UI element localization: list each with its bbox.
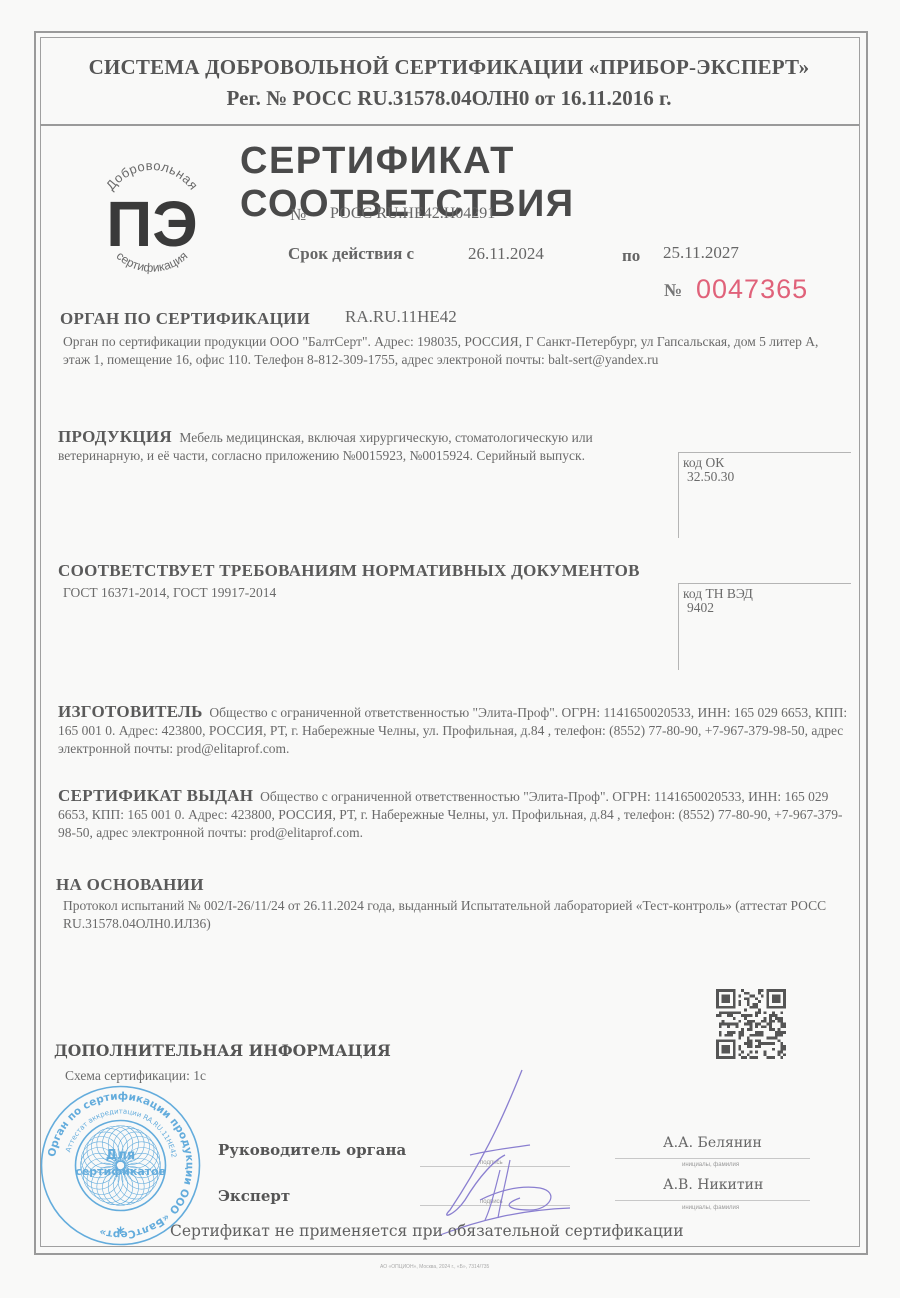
issued-to-section: СЕРТИФИКАТ ВЫДАН Общество с ограниченной…	[58, 787, 848, 842]
code-tnved-value: 9402	[679, 600, 851, 616]
certification-body-text: Орган по сертификации продукции ООО "Бал…	[63, 333, 843, 369]
valid-to-label: по	[622, 246, 640, 266]
manufacturer-section: ИЗГОТОВИТЕЛЬ Общество с ограниченной отв…	[58, 703, 848, 758]
svg-text:сертификатов: сертификатов	[75, 1165, 165, 1178]
svg-text:*: *	[116, 1223, 125, 1242]
head-name: А.А. Белянин	[663, 1135, 762, 1151]
product-section: ПРОДУКЦИЯ Мебель медицинская, включая хи…	[58, 428, 648, 465]
qr-code-icon	[716, 989, 786, 1059]
serial-number: 0047365	[696, 274, 808, 305]
svg-text:ПЭ: ПЭ	[106, 188, 198, 260]
conformity-heading: СООТВЕТСТВУЕТ ТРЕБОВАНИЯМ НОРМАТИВНЫХ ДО…	[58, 561, 640, 581]
certification-body-code: RA.RU.11НЕ42	[345, 307, 457, 327]
code-ok-value: 32.50.30	[679, 469, 851, 485]
validity-label: Срок действия с	[288, 244, 414, 264]
system-registration: Рег. № РОСС RU.31578.04ОЛН0 от 16.11.201…	[40, 86, 858, 111]
serial-number-label: №	[664, 280, 682, 301]
additional-info-heading: ДОПОЛНИТЕЛЬНАЯ ИНФОРМАЦИЯ	[54, 1041, 391, 1060]
pe-logo-icon: Добровольная ПЭ сертификация	[82, 148, 222, 288]
head-name-caption: инициалы, фамилия	[682, 1162, 739, 1168]
head-name-line	[615, 1158, 810, 1159]
code-tnved-box: код ТН ВЭД 9402	[678, 583, 851, 670]
header-divider	[40, 124, 859, 126]
certificate-page: СИСТЕМА ДОБРОВОЛЬНОЙ СЕРТИФИКАЦИИ «ПРИБО…	[0, 0, 900, 1298]
certificate-number-label: №	[290, 205, 306, 225]
valid-from-date: 26.11.2024	[468, 244, 544, 264]
conformity-documents: ГОСТ 16371-2014, ГОСТ 19917-2014	[63, 584, 276, 602]
issued-to-heading: СЕРТИФИКАТ ВЫДАН	[58, 786, 253, 805]
certificate-number: РОСС RU.НЕ42.Н04291	[330, 205, 495, 223]
basis-text: Протокол испытаний № 002/I-26/11/24 от 2…	[63, 897, 853, 933]
expert-name: А.В. Никитин	[663, 1177, 763, 1193]
expert-role-label: Эксперт	[218, 1187, 290, 1205]
system-name: СИСТЕМА ДОБРОВОЛЬНОЙ СЕРТИФИКАЦИИ «ПРИБО…	[40, 55, 858, 80]
basis-heading: НА ОСНОВАНИИ	[56, 875, 204, 895]
expert-name-caption: инициалы, фамилия	[682, 1205, 739, 1211]
manufacturer-heading: ИЗГОТОВИТЕЛЬ	[58, 702, 203, 721]
print-mark: АО «ОПЦИОН», Москва, 2024 г., «Б», 7314/…	[380, 1264, 489, 1270]
svg-text:Для: Для	[106, 1148, 135, 1163]
product-heading: ПРОДУКЦИЯ	[58, 427, 172, 446]
valid-to-date: 25.11.2027	[663, 243, 739, 263]
certification-body-heading: ОРГАН ПО СЕРТИФИКАЦИИ	[60, 309, 310, 329]
expert-name-line	[615, 1200, 810, 1201]
additional-info-text: Схема сертификации: 1с	[65, 1068, 206, 1084]
head-role-label: Руководитель органа	[218, 1141, 406, 1159]
code-ok-box: код ОК 32.50.30	[678, 452, 851, 538]
handwritten-signature-icon	[410, 1060, 590, 1240]
footer-note: Сертификат не применяется при обязательн…	[170, 1222, 684, 1240]
